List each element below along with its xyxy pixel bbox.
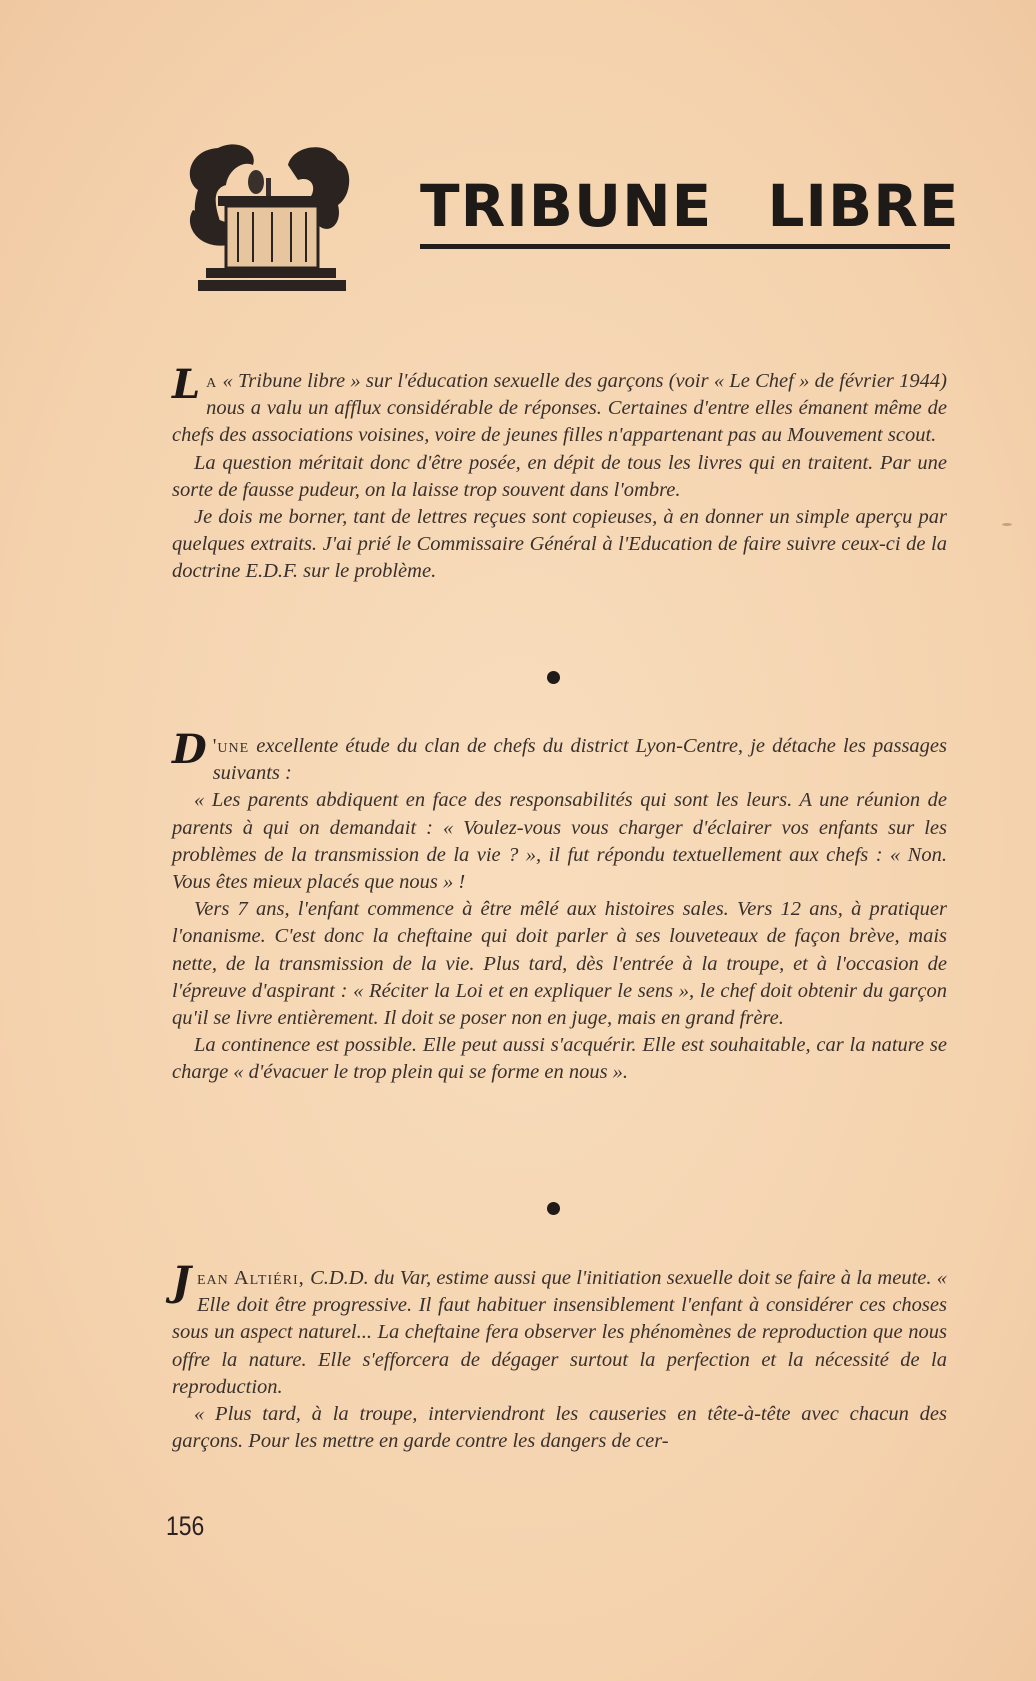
pulpit-lectern-icon: [178, 140, 363, 295]
page-number: 156: [166, 1511, 204, 1542]
paragraph: Jean Altiéri, C.D.D. du Var, estime auss…: [172, 1265, 947, 1401]
paragraph: D'une excellente étude du clan de chefs …: [172, 733, 947, 787]
drop-cap: D: [172, 735, 207, 765]
paragraph: La « Tribune libre » sur l'éducation sex…: [172, 368, 947, 450]
drop-cap: J: [172, 1267, 191, 1297]
page-header: TRIBUNE LIBRE: [178, 140, 956, 300]
paper-mark: [1002, 523, 1012, 526]
section-divider-bullet: [547, 671, 560, 684]
document-page: TRIBUNE LIBRE La « Tribune libre » sur l…: [0, 0, 1036, 1681]
paragraph: « Les parents abdiquent en face des resp…: [172, 787, 947, 896]
page-title: TRIBUNE LIBRE: [420, 172, 960, 240]
drop-cap: L: [172, 370, 200, 400]
section-divider-bullet: [547, 1202, 560, 1215]
section-lyon-centre: D'une excellente étude du clan de chefs …: [172, 733, 947, 1087]
paragraph: Je dois me borner, tant de lettres reçue…: [172, 504, 947, 586]
section-altieri: Jean Altiéri, C.D.D. du Var, estime auss…: [172, 1265, 947, 1455]
paragraph: La continence est possible. Elle peut au…: [172, 1032, 947, 1086]
title-underline: [420, 244, 950, 249]
paragraph: La question méritait donc d'être posée, …: [172, 450, 947, 504]
paragraph: Vers 7 ans, l'enfant commence à être mêl…: [172, 896, 947, 1032]
paragraph: « Plus tard, à la troupe, interviendront…: [172, 1401, 947, 1455]
section-intro: La « Tribune libre » sur l'éducation sex…: [172, 368, 947, 586]
